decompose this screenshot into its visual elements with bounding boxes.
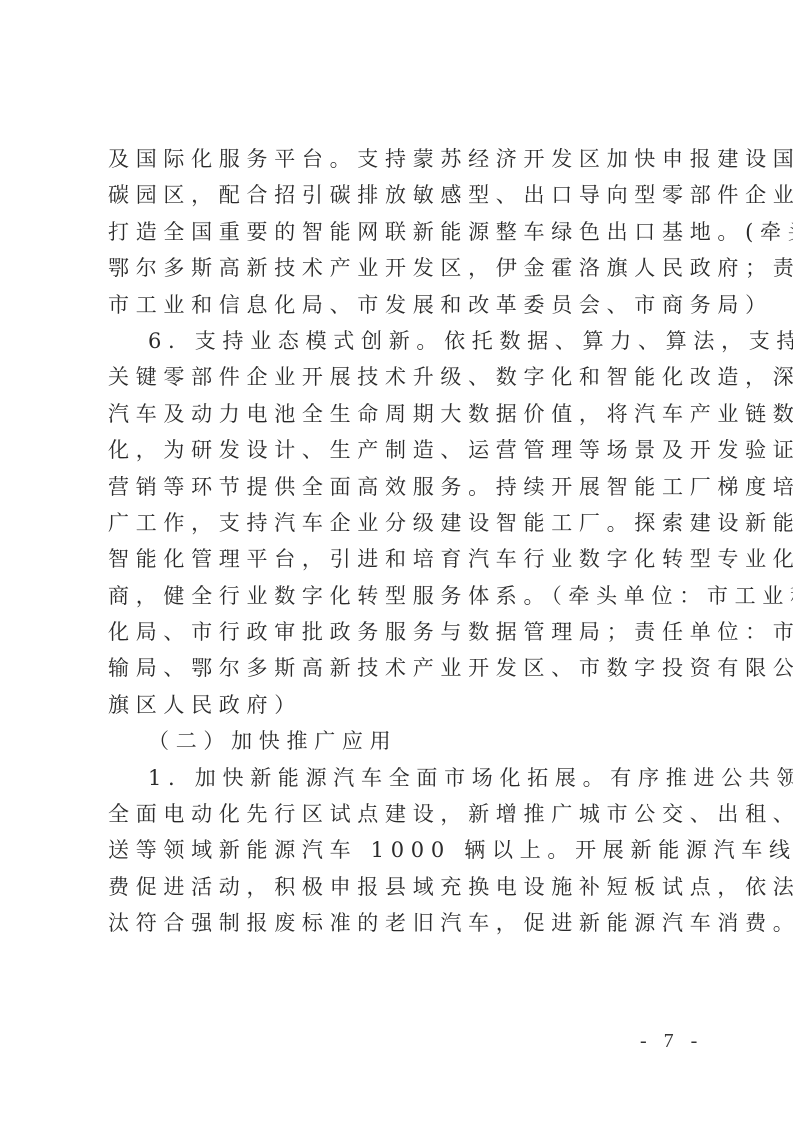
text-line: 输局、鄂尔多斯高新技术产业开发区、市数字投资有限公司，各 — [108, 650, 692, 686]
text-line: 鄂尔多斯高新技术产业开发区，伊金霍洛旗人民政府；责任单位： — [108, 250, 692, 286]
text-line: 广工作，支持汽车企业分级建设智能工厂。探索建设新能源汽车 — [108, 505, 692, 541]
text-line: 化，为研发设计、生产制造、运营管理等场景及开发验证、市场 — [108, 432, 692, 468]
text-line: 送等领域新能源汽车 1000 辆以上。开展新能源汽车线上线下消 — [108, 832, 692, 868]
paragraph-start-line: 6. 支持业态模式创新。依托数据、算力、算法，支持整车及 — [108, 323, 692, 359]
page-number: - 7 - — [640, 1030, 703, 1053]
section-heading: （二）加快推广应用 — [108, 723, 692, 759]
document-body: 及国际化服务平台。支持蒙苏经济开发区加快申报建设国家级零 碳园区，配合招引碳排放… — [108, 141, 692, 942]
text-line: 打造全国重要的智能网联新能源整车绿色出口基地。(牵头单位： — [108, 214, 692, 250]
document-page: 及国际化服务平台。支持蒙苏经济开发区加快申报建设国家级零 碳园区，配合招引碳排放… — [0, 0, 793, 1122]
text-line: 碳园区，配合招引碳排放敏感型、出口导向型零部件企业，努力 — [108, 177, 692, 213]
text-line: 全面电动化先行区试点建设，新增推广城市公交、出租、物流配 — [108, 796, 692, 832]
text-line: 旗区人民政府） — [108, 687, 692, 723]
text-line: 关键零部件企业开展技术升级、数字化和智能化改造，深度挖掘 — [108, 359, 692, 395]
paragraph-start-line: 1. 加快新能源汽车全面市场化拓展。有序推进公共领域车辆 — [108, 760, 692, 796]
text-line: 智能化管理平台，引进和培育汽车行业数字化转型专业化服务 — [108, 541, 692, 577]
text-line: 商，健全行业数字化转型服务体系。（牵头单位：市工业和信息 — [108, 578, 692, 614]
text-line: 化局、市行政审批政务服务与数据管理局；责任单位：市交通运 — [108, 614, 692, 650]
text-line: 及国际化服务平台。支持蒙苏经济开发区加快申报建设国家级零 — [108, 141, 692, 177]
text-line: 费促进活动，积极申报县域充换电设施补短板试点，依法依规淘 — [108, 869, 692, 905]
text-line: 汰符合强制报废标准的老旧汽车，促进新能源汽车消费。推进智 — [108, 905, 692, 941]
text-line: 营销等环节提供全面高效服务。持续开展智能工厂梯度培育和推 — [108, 469, 692, 505]
text-line: 汽车及动力电池全生命周期大数据价值，将汽车产业链数据资产 — [108, 396, 692, 432]
text-line: 市工业和信息化局、市发展和改革委员会、市商务局） — [108, 287, 692, 323]
